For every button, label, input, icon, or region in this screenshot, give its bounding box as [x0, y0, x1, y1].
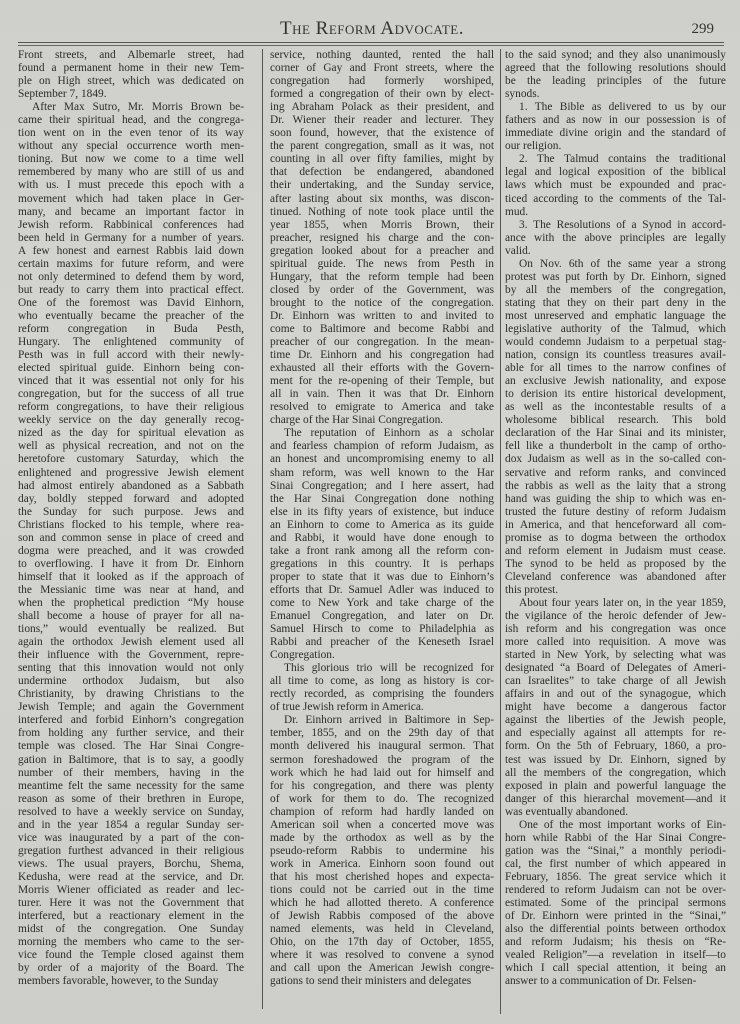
text-line: would condemn Judaism to a perpetual sta…: [505, 336, 726, 349]
text-line: legal and logical exposition of the bibl…: [505, 166, 726, 179]
text-line: On Nov. 6th of the same year a strong: [505, 258, 726, 271]
text-line: the Sunday for such purpose. Jews and: [18, 506, 244, 519]
text-line: charge of the Har Sinai Congregation.: [270, 414, 494, 427]
text-line: gregation furthest advanced in their rel…: [18, 845, 244, 858]
text-line: from holding any further service, and th…: [18, 727, 244, 740]
article-paragraph: About four years later on, in the year 1…: [505, 597, 726, 819]
header-rule: [18, 42, 724, 46]
text-line: interfered, but a reactionary element in…: [18, 910, 244, 923]
text-line: that defection be endangered, abandoned: [270, 166, 494, 179]
text-line: and Rabbi, it would have done enough to: [270, 532, 494, 545]
text-line: son and common sense in place of creed a…: [18, 532, 244, 545]
text-line: for his congregation, and there was plen…: [270, 780, 494, 793]
text-line: Samuel Hirsch to come to Philadelphia as: [270, 623, 494, 636]
text-line: after lasting about six months, was disc…: [270, 193, 494, 206]
text-line: where it was resolved to convene a synod: [270, 949, 494, 962]
article-paragraph: The reputation of Einhorn as a scholaran…: [270, 427, 494, 662]
text-line: was eventually abandoned.: [505, 806, 726, 819]
text-line: horn while Rabbi of the Har Sinai Congre…: [505, 832, 726, 845]
text-line: Dr. Einhorn was written to and invited t…: [270, 310, 494, 323]
text-line: started in New York, by selecting what w…: [505, 649, 726, 662]
text-line: which he had allotted thereto. A confere…: [270, 897, 494, 910]
text-line: efforts that Dr. Samuel Adler was induce…: [270, 584, 494, 597]
article-paragraph: to the said synod; and they also unanimo…: [505, 49, 726, 101]
article-paragraph: 3. The Resolutions of a Synod in accord-…: [505, 219, 726, 258]
text-line: Christians flocked to his temple, where …: [18, 519, 244, 532]
text-line: reason as some of their brethren in Euro…: [18, 793, 244, 806]
text-line: came their spiritual head, and the congr…: [18, 114, 244, 127]
text-line: 1. The Bible as delivered to us by our: [505, 101, 726, 114]
text-line: pseudo-reform Rabbis to undermine his: [270, 845, 494, 858]
text-line: turer. Here it was not the Government th…: [18, 897, 244, 910]
article-paragraph: On Nov. 6th of the same year a strongpro…: [505, 258, 726, 597]
text-line: 2. The Talmud contains the traditional: [505, 153, 726, 166]
text-line: 3. The Resolutions of a Synod in accord-: [505, 219, 726, 232]
text-line: meantime felt the same necessity for the…: [18, 780, 244, 793]
text-line: synods.: [505, 88, 726, 101]
text-line: senting that this innovation would not o…: [18, 662, 244, 675]
text-line: hand was guiding the ship to which was e…: [505, 493, 726, 506]
text-line: heretofore customary Saturday, which the: [18, 453, 244, 466]
text-line: soon found, however, that the existence …: [270, 127, 494, 140]
text-line: sham reform, was well known to the Har: [270, 467, 494, 480]
text-line: an exclusive Jewish nationality, and exp…: [505, 375, 726, 388]
text-line: can Israelites” to take charge of all Je…: [505, 675, 726, 688]
text-line: declaration of the Har Sinai and its min…: [505, 427, 726, 440]
text-line: and call upon the American Jewish congre…: [270, 962, 494, 975]
text-line: nation, consign its countless treasures …: [505, 349, 726, 362]
text-line: preacher, resigned his charge and the co…: [270, 232, 494, 245]
text-line: year 1855, when Morris Brown, their: [270, 219, 494, 232]
text-line: gregations in this country. It is perhap…: [270, 558, 494, 571]
text-line: the rabbis as well as the laity that a s…: [505, 480, 726, 493]
article-paragraph: This glorious trio will be recognized fo…: [270, 662, 494, 714]
text-line: come to Baltimore and become Rabbi and: [270, 323, 494, 336]
text-line: movement which had taken place in Ger-: [18, 193, 244, 206]
text-line: well as physical recreation, and not on …: [18, 440, 244, 453]
text-line: ment for the re-opening of their Temple,…: [270, 375, 494, 388]
text-line: to overflowing. I have it from Dr. Einho…: [18, 558, 244, 571]
text-line: Jewish Temple; and again the Government: [18, 701, 244, 714]
text-line: remembered by many who are still of us a…: [18, 166, 244, 179]
column-divider: [262, 49, 263, 1009]
text-line: Sinai Congregation; and I here assert, h…: [270, 480, 494, 493]
text-line: congregation had formerly worshiped,: [270, 75, 494, 88]
text-line: fell like a thunderbolt in the camp of o…: [505, 440, 726, 453]
text-line: Morris Wiener officiated as reader and l…: [18, 884, 244, 897]
text-line: vice was inaugurated by a part of the co…: [18, 832, 244, 845]
text-line: This glorious trio will be recognized fo…: [270, 662, 494, 675]
text-line: Christianity, by drawing Christians to t…: [18, 688, 244, 701]
text-line: weekly service on the day generally reco…: [18, 414, 244, 427]
text-line: be the leading principles of the future: [505, 75, 726, 88]
text-line: dogma were preached, and it was crowded: [18, 545, 244, 558]
text-line: gregation looked about for a preacher an…: [270, 245, 494, 258]
text-line: might have become a dangerous factor: [505, 701, 726, 714]
text-line: interfered and forbid Einhorn’s congrega…: [18, 714, 244, 727]
text-line: spiritual guide. The news from Pesth in: [270, 258, 494, 271]
text-line: congregation, but for the success of all…: [18, 388, 244, 401]
text-line: Pesth was in full accord with their newl…: [18, 349, 244, 362]
text-line: tions,” would eventually be realized. Bu…: [18, 623, 244, 636]
text-line: gations to send their ministers and dele…: [270, 975, 494, 988]
article-paragraph: service, nothing daunted, rented the hal…: [270, 49, 494, 427]
text-line: resolved to have a weekly service on Sun…: [18, 806, 244, 819]
text-line: most unreserved and emphatic language th…: [505, 310, 726, 323]
text-line: September 7, 1849.: [18, 88, 244, 101]
text-line: against the liberties of the Jewish peop…: [505, 714, 726, 727]
text-line: tion went on in the even tenor of its wa…: [18, 127, 244, 140]
article-paragraph: 2. The Talmud contains the traditionalle…: [505, 153, 726, 218]
text-line: reform congregation in Buda Pesth,: [18, 323, 244, 336]
text-line: proper to state that it was due to Einho…: [270, 571, 494, 584]
text-line: protest was put forth by Dr. Einhorn, si…: [505, 271, 726, 284]
text-line: shall become a house of prayer for all n…: [18, 610, 244, 623]
text-line: again the orthodox Jewish element used a…: [18, 636, 244, 649]
text-line: all in vain. Then it was that Dr. Einhor…: [270, 388, 494, 401]
text-line: One of the most important works of Ein-: [505, 819, 726, 832]
text-line: Kedusha, were read at the service, and D…: [18, 871, 244, 884]
text-line: rectly recorded, as comprising the found…: [270, 688, 494, 701]
text-line: month delivered his inaugural sermon. Th…: [270, 740, 494, 753]
text-line: that his most cherished hopes and expect…: [270, 871, 494, 884]
text-line: tions could not be carried out in the ti…: [270, 884, 494, 897]
text-line: vinced that it was essential not only fo…: [18, 375, 244, 388]
text-line: agreed that the following resolutions sh…: [505, 62, 726, 75]
column-3: to the said synod; and they also unanimo…: [505, 49, 726, 988]
text-line: Ohio, on the 17th day of October, 1855,: [270, 936, 494, 949]
text-line: Dr. Wiener their reader and lecturer. Th…: [270, 114, 494, 127]
text-line: in America, and that henceforward all co…: [505, 519, 726, 532]
text-line: counting in all over fifty families, mig…: [270, 153, 494, 166]
article-paragraph: One of the most important works of Ein-h…: [505, 819, 726, 989]
text-line: work which he had laid out for himself a…: [270, 767, 494, 780]
column-2: service, nothing daunted, rented the hal…: [270, 49, 494, 988]
text-line: all the members of the congregation, whi…: [505, 767, 726, 780]
text-line: exhausted all their efforts with the Gov…: [270, 362, 494, 375]
text-line: vealed Religion”—a revelation in itself—…: [505, 949, 726, 962]
text-line: who eventually became the preacher of th…: [18, 310, 244, 323]
text-line: About four years later on, in the year 1…: [505, 597, 726, 610]
publication-title: The Reform Advocate.: [18, 18, 726, 40]
text-line: Dr. Einhorn arrived in Baltimore in Sep-: [270, 714, 494, 727]
text-line: tember, 1855, and on the 29th day of tha…: [270, 727, 494, 740]
text-line: to derision its entire historical develo…: [505, 388, 726, 401]
text-line: our religion.: [505, 140, 726, 153]
text-line: members favorable, however, to the Sunda…: [18, 975, 244, 988]
text-line: come to New York and take charge of the: [270, 597, 494, 610]
text-line: an honest and uncompromising enemy to al…: [270, 453, 494, 466]
text-line: danger of this hierarchal movement—and i…: [505, 793, 726, 806]
text-line: been held in Germany for a number of yea…: [18, 232, 244, 245]
text-line: number of their members, having in the: [18, 767, 244, 780]
text-line: exposed in plain and powerful language t…: [505, 780, 726, 793]
text-line: the parent congregation, small as it was…: [270, 140, 494, 153]
text-line: and fearless champion of reform Judaism,…: [270, 440, 494, 453]
text-line: day, boldly stepped forward and adopted: [18, 493, 244, 506]
text-line: ing Abraham Polack as their president, a…: [270, 101, 494, 114]
text-line: not only determined to defend them by wo…: [18, 271, 244, 284]
text-line: February, 1856. The great service which …: [505, 871, 726, 884]
text-line: gation in Baltimore, that is to say, a g…: [18, 754, 244, 767]
text-line: undermine orthodox Judaism, but also: [18, 675, 244, 688]
text-line: the Messianic time was near at hand, and: [18, 584, 244, 597]
text-line: wholesome biblical research. This bold: [505, 414, 726, 427]
text-line: many, and became an important factor in: [18, 206, 244, 219]
text-line: time Dr. Einhorn and his congregation ha…: [270, 349, 494, 362]
text-line: mud.: [505, 206, 726, 219]
text-line: answer to a communication of Dr. Felsen-: [505, 975, 726, 988]
text-line: ple on High street, which was dedicated …: [18, 75, 244, 88]
text-line: designated “a Board of Delegates of Amer…: [505, 662, 726, 675]
text-line: Hungary, that the reform temple had been: [270, 271, 494, 284]
text-line: fathers and as now in our possession is …: [505, 114, 726, 127]
text-line: had almost entirely abandoned as a Sabba…: [18, 480, 244, 493]
text-line: nized as the day for spiritual elevation…: [18, 427, 244, 440]
text-line: sermon foreshadowed the program of the: [270, 754, 494, 767]
text-line: After Max Sutro, Mr. Morris Brown be-: [18, 101, 244, 114]
article-paragraph: Dr. Einhorn arrived in Baltimore in Sep-…: [270, 714, 494, 988]
text-line: Congregation.: [270, 649, 494, 662]
text-line: promise as to dogma between the orthodox: [505, 532, 726, 545]
article-paragraph: 1. The Bible as delivered to us by ourfa…: [505, 101, 726, 153]
text-line: by all the members of the congregation,: [505, 284, 726, 297]
text-line: laws which must be expounded and prac-: [505, 179, 726, 192]
text-line: morning the members who came to the ser-: [18, 936, 244, 949]
text-line: as well as the incontestable results of …: [505, 401, 726, 414]
text-line: stating that they on their part deny in …: [505, 297, 726, 310]
text-line: vice found the Temple closed against the…: [18, 949, 244, 962]
text-line: affairs in and out of the synagogue, whi…: [505, 688, 726, 701]
text-line: by order of a majority of the Board. The: [18, 962, 244, 975]
text-line: but ready to carry them into practical e…: [18, 284, 244, 297]
text-line: reform congregations, to have their reli…: [18, 401, 244, 414]
text-line: views. The usual prayers, Borchu, Shema,: [18, 858, 244, 871]
text-line: of true Jewish reform in America.: [270, 701, 494, 714]
text-line: service, nothing daunted, rented the hal…: [270, 49, 494, 62]
text-line: Front streets, and Albemarle street, had: [18, 49, 244, 62]
text-line: the vigilance of the heroic defender of …: [505, 610, 726, 623]
text-line: closed by order of the Government, was: [270, 284, 494, 297]
text-line: made by the orthodox as well as by the: [270, 832, 494, 845]
text-line: their undertaking, and the Sunday servic…: [270, 179, 494, 192]
text-line: work in America. Einhorn soon found out: [270, 858, 494, 871]
text-line: formed a congregation of their own by el…: [270, 88, 494, 101]
text-line: corner of Gay and Front streets, where t…: [270, 62, 494, 75]
newspaper-page: The Reform Advocate. 299 Front streets, …: [0, 0, 740, 1024]
text-line: without any special occurrence worth men…: [18, 140, 244, 153]
text-line: trusted the future destiny of reform Jud…: [505, 506, 726, 519]
text-line: tinued. Nothing of note took place until…: [270, 206, 494, 219]
text-line: and in the year 1854 a regular Sunday se…: [18, 819, 244, 832]
text-line: ish reform and his congregation was once: [505, 623, 726, 636]
text-line: and reform Judaism; his thesis on “Re-: [505, 936, 726, 949]
text-line: named elements, was held in Cleveland,: [270, 923, 494, 936]
text-line: and especially against all attempts for …: [505, 727, 726, 740]
text-line: estimated. Some of the principal sermons: [505, 897, 726, 910]
text-line: this protest.: [505, 584, 726, 597]
text-line: found a permanent home in their new Tem-: [18, 62, 244, 75]
text-line: which I call special attention, it being…: [505, 962, 726, 975]
text-line: dox Judaism as well as in the so-called …: [505, 453, 726, 466]
text-line: One of the foremost was David Einhorn,: [18, 297, 244, 310]
column-1: Front streets, and Albemarle street, had…: [18, 49, 244, 988]
text-line: immediate divine origin and the standard…: [505, 127, 726, 140]
text-line: rendered to reform Judaism can not be ov…: [505, 884, 726, 897]
text-line: Rabbi and preacher of the Keneseth Israe…: [270, 636, 494, 649]
text-line: legislative authority of the Talmud, whi…: [505, 323, 726, 336]
text-line: of Jewish Rabbis composed of the above: [270, 910, 494, 923]
text-line: American soil when a concerted move was: [270, 819, 494, 832]
text-line: also the differential points between ort…: [505, 923, 726, 936]
text-line: Jewish reform. Rabbinical conferences ha…: [18, 219, 244, 232]
text-line: brought to the notice of the congregatio…: [270, 297, 494, 310]
text-line: all time to come, as long as history is …: [270, 675, 494, 688]
text-line: elected spiritual guide. Einhorn being c…: [18, 362, 244, 375]
text-line: take a front rank among all the reform c…: [270, 545, 494, 558]
text-line: temple was closed. The Har Sinai Congre-: [18, 740, 244, 753]
column-divider: [500, 49, 501, 1014]
text-line: their influence with the Government, rep…: [18, 649, 244, 662]
article-columns: Front streets, and Albemarle street, had…: [18, 49, 728, 1009]
text-line: The reputation of Einhorn as a scholar: [270, 427, 494, 440]
text-line: an Einhorn to come to America as its gui…: [270, 519, 494, 532]
text-line: the Har Sinai Congregation done nothing: [270, 493, 494, 506]
text-line: champion of reform had hardly landed on: [270, 806, 494, 819]
text-line: cal, the first number of which appeared …: [505, 858, 726, 871]
article-paragraph: After Max Sutro, Mr. Morris Brown be-cam…: [18, 101, 244, 988]
text-line: The synod to be held as proposed by the: [505, 558, 726, 571]
text-line: ance with the above principles are legal…: [505, 232, 726, 245]
text-line: preacher of our congregation. In the mea…: [270, 336, 494, 349]
text-line: servative and reform ranks, and convince…: [505, 467, 726, 480]
text-line: more called into requisition. A move was: [505, 636, 726, 649]
page-number: 299: [692, 21, 715, 38]
text-line: enlightened and progressive Jewish eleme…: [18, 467, 244, 480]
text-line: midst of the congregation. One Sunday: [18, 923, 244, 936]
text-line: when the prophetical prediction “My hous…: [18, 597, 244, 610]
text-line: Hungary. The enlightened community of: [18, 336, 244, 349]
text-line: of Dr. Einhorn were printed in the “Sina…: [505, 910, 726, 923]
text-line: ticed according to the comments of the T…: [505, 193, 726, 206]
text-line: able for all times to the narrow confine…: [505, 362, 726, 375]
text-line: certain maxims for future reform, and we…: [18, 258, 244, 271]
text-line: of work for them to do. The recognized: [270, 793, 494, 806]
text-line: gation was the “Sinai,” a monthly period…: [505, 845, 726, 858]
text-line: resolved to emigrate to America and take: [270, 401, 494, 414]
masthead: The Reform Advocate. 299: [18, 14, 726, 44]
article-paragraph: Front streets, and Albemarle street, had…: [18, 49, 244, 101]
text-line: test was issued by Dr. Einhorn, signed b…: [505, 754, 726, 767]
text-line: else in its fifty years of existence, bu…: [270, 506, 494, 519]
text-line: tioning. But now we come to a time well: [18, 153, 244, 166]
text-line: to the said synod; and they also unanimo…: [505, 49, 726, 62]
text-line: form. On the 5th of February, 1860, a pr…: [505, 740, 726, 753]
text-line: himself that it looked as if the approac…: [18, 571, 244, 584]
text-line: valid.: [505, 245, 726, 258]
text-line: A few honest and earnest Rabbis laid dow…: [18, 245, 244, 258]
text-line: Emanuel Congregation, and later on Dr.: [270, 610, 494, 623]
text-line: Cleveland conference was abandoned after: [505, 571, 726, 584]
text-line: with us. I must precede this epoch with …: [18, 179, 244, 192]
text-line: and reform element in Judaism must cease…: [505, 545, 726, 558]
